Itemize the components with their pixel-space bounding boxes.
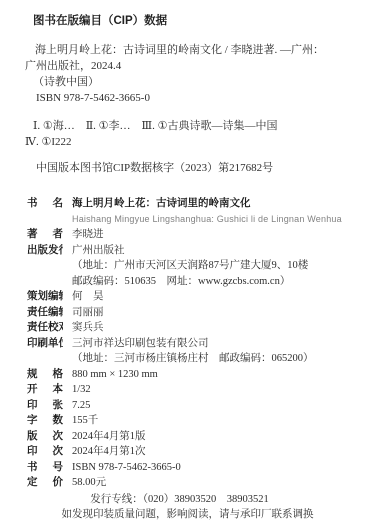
colophon-row: 书号 ISBN 978-7-5462-3665-0 [27, 460, 375, 476]
cip-publisher-line: 广州出版社，2024.4 [25, 58, 375, 74]
colophon: 书名 海上明月岭上花：古诗词里的岭南文化 Haishang Mingyue Li… [0, 196, 375, 491]
cip-heading: 图书在版编目（CIP）数据 [33, 0, 375, 29]
colophon-row-value: 7.25 [72, 398, 90, 414]
cip-registration-line: 中国版本图书馆CIP数据核字（2023）第217682号 [36, 160, 375, 176]
colophon-row-value: 窦兵兵 [72, 320, 104, 336]
colophon-row: 策划编辑 何 昊 [27, 289, 375, 305]
cip-classification: Ⅰ. ①海… Ⅱ. ①李… Ⅲ. ①古典诗歌—诗集—中国 Ⅳ. ①I222 [25, 118, 375, 150]
colophon-row: 版次 2024年4月第1版 [27, 429, 375, 445]
colophon-row: 著者 李晓进 [27, 227, 375, 243]
cip-record: 海上明月岭上花：古诗词里的岭南文化 / 李晓进著. —广州： 广州出版社，202… [25, 42, 375, 106]
colophon-row: 开本 1/32 [27, 382, 375, 398]
colophon-row: 邮政编码：510635 网址：www.gzcbs.com.cn） [27, 274, 375, 290]
colophon-row-value: 海上明月岭上花：古诗词里的岭南文化 [72, 196, 251, 212]
cip-class-number-line: Ⅳ. ①I222 [25, 134, 375, 150]
colophon-row: 印刷单位 三河市祥达印刷包装有限公司 [27, 336, 375, 352]
colophon-row-value: Haishang Mingyue Lingshanghua: Gushici l… [72, 212, 342, 228]
cip-isbn-line: ISBN 978-7-5462-3665-0 [25, 90, 375, 106]
cip-classification-line: Ⅰ. ①海… Ⅱ. ①李… Ⅲ. ①古典诗歌—诗集—中国 [25, 118, 375, 134]
colophon-row-value: 何 昊 [72, 289, 104, 305]
colophon-row: Haishang Mingyue Lingshanghua: Gushici l… [27, 212, 375, 228]
distribution-hotline-line: 发行专线：（020）38903520 38903521 [0, 492, 375, 508]
colophon-row-value: 广州出版社 [72, 243, 125, 259]
colophon-row-value: （地址：广州市天河区天润路87号广建大厦9、10楼 [72, 258, 308, 274]
colophon-row-label: 字数 [27, 413, 63, 429]
colophon-row-value: ISBN 978-7-5462-3665-0 [72, 460, 181, 476]
colophon-row-value: 2024年4月第1次 [72, 444, 146, 460]
colophon-row: （地址：广州市天河区天润路87号广建大厦9、10楼 [27, 258, 375, 274]
colophon-row-value: 邮政编码：510635 网址：www.gzcbs.com.cn） [72, 274, 290, 290]
colophon-row: 书名 海上明月岭上花：古诗词里的岭南文化 [27, 196, 375, 212]
colophon-row-value: 58.00元 [72, 475, 106, 491]
colophon-row: 出版发行 广州出版社 [27, 243, 375, 259]
colophon-row-label: 规格 [27, 367, 63, 383]
colophon-row: 印次 2024年4月第1次 [27, 444, 375, 460]
colophon-row-value: 880 mm × 1230 mm [72, 367, 158, 383]
colophon-row: 印张 7.25 [27, 398, 375, 414]
colophon-row-label: 书名 [27, 196, 63, 212]
colophon-row-label: 策划编辑 [27, 289, 63, 305]
colophon-row-label: 定价 [27, 475, 63, 491]
colophon-row: 字数 155千 [27, 413, 375, 429]
colophon-row: 规格 880 mm × 1230 mm [27, 367, 375, 383]
cip-copyright-page: 图书在版编目（CIP）数据 海上明月岭上花：古诗词里的岭南文化 / 李晓进著. … [0, 0, 375, 532]
colophon-row: （地址：三河市杨庄镇杨庄村 邮政编码：065200） [27, 351, 375, 367]
colophon-row-label: 著者 [27, 227, 63, 243]
colophon-row-value: （地址：三河市杨庄镇杨庄村 邮政编码：065200） [72, 351, 314, 367]
colophon-row-value: 1/32 [72, 382, 91, 398]
colophon-row-value: 155千 [72, 413, 98, 429]
colophon-row-label: 开本 [27, 382, 63, 398]
colophon-row-label: 责任校对 [27, 320, 63, 336]
colophon-row-label: 书号 [27, 460, 63, 476]
page-footer: 发行专线：（020）38903520 38903521 如发现印装质量问题，影响… [0, 492, 375, 523]
colophon-row-label: 印次 [27, 444, 63, 460]
colophon-row: 责任校对 窦兵兵 [27, 320, 375, 336]
colophon-row-label: 印刷单位 [27, 336, 63, 352]
colophon-row-label: 印张 [27, 398, 63, 414]
colophon-row: 责任编辑 司丽丽 [27, 305, 375, 321]
colophon-row-value: 2024年4月第1版 [72, 429, 146, 445]
cip-title-line: 海上明月岭上花：古诗词里的岭南文化 / 李晓进著. —广州： [25, 42, 375, 58]
colophon-row-label: 版次 [27, 429, 63, 445]
colophon-row-label: 责任编辑 [27, 305, 63, 321]
colophon-row-value: 李晓进 [72, 227, 104, 243]
quality-notice-line: 如发现印装质量问题，影响阅读，请与承印厂联系调换 [0, 507, 375, 523]
cip-series-line: （诗教中国） [25, 74, 375, 90]
colophon-row-value: 司丽丽 [72, 305, 104, 321]
colophon-row-value: 三河市祥达印刷包装有限公司 [72, 336, 209, 352]
colophon-row-label: 出版发行 [27, 243, 63, 259]
colophon-row: 定价 58.00元 [27, 475, 375, 491]
